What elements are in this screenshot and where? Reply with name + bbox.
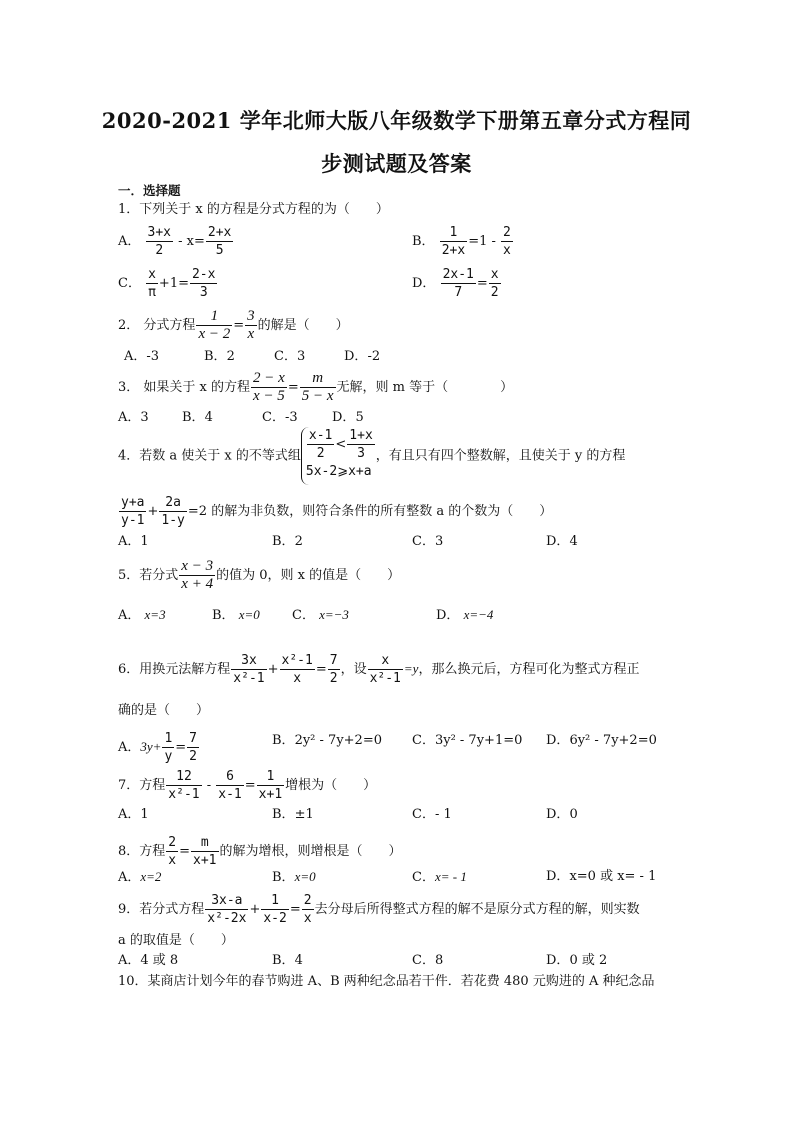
fraction: 2x [501, 224, 513, 259]
question-number: 1． [118, 202, 139, 217]
question-number: 8． [118, 844, 139, 859]
q7-option-d[interactable]: D．0 [546, 807, 578, 823]
fraction: 6x-1 [216, 768, 243, 803]
question-text: 下列关于 x 的方程是分式方程的为（ ） [139, 202, 389, 217]
question-text: 如果关于 x 的方程 [143, 380, 250, 395]
q9-option-c[interactable]: C．8 [412, 953, 443, 969]
question-6-line2: 确的是（ ） [118, 703, 209, 719]
option-label: A． [118, 234, 140, 249]
question-number: 10． [118, 974, 148, 989]
question-9: 9．若分式方程3x-ax²-2x+1x-2=2x去分母后所得整式方程的解不是原分… [118, 892, 640, 927]
question-text: 的解为非负数，则符合条件的所有整数 a 的个数为（ ） [211, 504, 552, 519]
question-4-line2: y+ay-1+2a1-y=2 的解为非负数，则符合条件的所有整数 a 的个数为（… [118, 494, 552, 529]
q6-option-a[interactable]: A．3y+1y=72 [118, 730, 200, 765]
question-number: 3． [118, 380, 139, 395]
q6-option-c[interactable]: C．3y² - 7y+1=0 [412, 733, 522, 749]
fraction: y+ay-1 [119, 494, 146, 529]
q8-option-a[interactable]: A．x=2 [118, 869, 161, 886]
q3-option-a[interactable]: A．3 [118, 410, 149, 426]
q8-option-b[interactable]: B．x=0 [272, 869, 316, 886]
q2-option-c[interactable]: C．3 [274, 349, 305, 365]
q4-option-a[interactable]: A．1 [118, 534, 149, 550]
question-number: 9． [118, 902, 139, 917]
fraction: 12+x [440, 224, 467, 259]
fraction: 1x − 2 [196, 308, 232, 343]
question-number: 7． [118, 778, 139, 793]
question-8: 8．方程2x=mx+1的解为增根，则增根是（ ） [118, 834, 402, 869]
q2-option-a[interactable]: A．-3 [124, 349, 159, 365]
question-5: 5．若分式x − 3x + 4的值为 0，则 x 的值是（ ） [118, 558, 400, 593]
q3-option-d[interactable]: D．5 [332, 410, 364, 426]
fraction: 2x [302, 892, 314, 927]
fraction: 3+x2 [146, 224, 173, 259]
fraction: x²-1x [280, 652, 315, 687]
question-text: 若数 a 使关于 x 的不等式组 [139, 449, 301, 464]
fraction: 1+x3 [347, 427, 374, 462]
question-number: 2． [118, 318, 139, 333]
question-text: 无解，则 m 等于（ ） [337, 380, 514, 395]
q5-option-a[interactable]: A． x=3 [118, 607, 166, 624]
operator: = [477, 276, 488, 291]
fraction: 2x-17 [441, 266, 476, 301]
fraction: 3x-ax²-2x [205, 892, 248, 927]
question-4: 4．若数 a 使关于 x 的不等式组 x-12<1+x3 5x-2⩾x+a ，有… [118, 427, 625, 485]
q6-option-d[interactable]: D．6y² - 7y+2=0 [546, 733, 657, 749]
question-text: ，有且只有四个整数解，且使关于 y 的方程 [376, 449, 626, 464]
fraction: xπ [146, 266, 158, 301]
question-9-line2: a 的取值是（ ） [118, 933, 234, 949]
option-label: C． [118, 276, 141, 291]
question-1: 1．下列关于 x 的方程是分式方程的为（ ） [118, 202, 389, 218]
q7-option-c[interactable]: C．- 1 [412, 807, 452, 823]
option-label: D． [412, 276, 435, 291]
q1-option-b[interactable]: B． 12+x=1 - 2x [412, 224, 514, 259]
q2-option-b[interactable]: B．2 [204, 349, 235, 365]
q6-option-b[interactable]: B．2y² - 7y+2=0 [272, 733, 382, 749]
question-7: 7．方程12x²-1 - 6x-1=1x+1增根为（ ） [118, 768, 376, 803]
fraction: x − 3x + 4 [179, 558, 215, 593]
fraction: 2x [166, 834, 178, 869]
operator: =1 - [468, 234, 500, 249]
question-text: 若分式 [139, 568, 178, 583]
q7-option-a[interactable]: A．1 [118, 807, 149, 823]
q9-option-b[interactable]: B．4 [272, 953, 303, 969]
q9-option-d[interactable]: D．0 或 2 [546, 953, 607, 969]
q5-option-d[interactable]: D． x=−4 [436, 607, 493, 624]
q3-option-b[interactable]: B．4 [182, 410, 213, 426]
q8-option-d[interactable]: D．x=0 或 x= - 1 [546, 869, 656, 885]
operator: - x= [174, 234, 205, 249]
q1-option-a[interactable]: A． 3+x2 - x=2+x5 [118, 224, 234, 259]
operator: +1= [159, 276, 189, 291]
question-text: 增根为（ ） [285, 778, 376, 793]
q4-option-c[interactable]: C．3 [412, 534, 443, 550]
fraction: x-12 [307, 427, 334, 462]
fraction: 1y [162, 730, 174, 765]
question-6: 6．用换元法解方程3xx²-1+x²-1x=72，设xx²-1=y，那么换元后，… [118, 652, 639, 687]
fraction: mx+1 [191, 834, 218, 869]
document-title-line2: 步测试题及答案 [0, 148, 793, 178]
q8-option-c[interactable]: C．x= - 1 [412, 869, 467, 886]
q1-option-c[interactable]: C． xπ+1=2-x3 [118, 266, 218, 301]
question-text: 的值为 0，则 x 的值是（ ） [216, 568, 400, 583]
question-10: 10．某商店计划今年的春节购进 A、B 两种纪念品若干件．若花费 480 元购进… [118, 974, 654, 990]
option-label: B． [412, 234, 435, 249]
q4-option-b[interactable]: B．2 [272, 534, 303, 550]
fraction: xx²-1 [368, 652, 403, 687]
q5-option-c[interactable]: C． x=−3 [292, 607, 349, 624]
question-text: 的解为增根，则增根是（ ） [220, 844, 402, 859]
q2-option-d[interactable]: D．-2 [344, 349, 380, 365]
fraction: 72 [328, 652, 340, 687]
fraction: 2-x3 [190, 266, 217, 301]
fraction: 2+x5 [206, 224, 233, 259]
question-text: 方程 [139, 844, 165, 859]
q3-option-c[interactable]: C．-3 [262, 410, 298, 426]
question-text: ，那么换元后，方程可化为整式方程正 [418, 662, 639, 677]
question-number: 5． [118, 568, 139, 583]
q4-option-d[interactable]: D．4 [546, 534, 578, 550]
question-text: 某商店计划今年的春节购进 A、B 两种纪念品若干件．若花费 480 元购进的 A… [148, 974, 655, 989]
question-text: 的解是（ ） [258, 318, 349, 333]
fraction: 2 − xx − 5 [251, 370, 287, 405]
document-title-line1: 2020-2021 学年北师大版八年级数学下册第五章分式方程同 [0, 105, 793, 135]
q5-option-b[interactable]: B． x=0 [212, 607, 260, 624]
fraction: 3x [245, 308, 257, 343]
section-heading: 一．选择题 [118, 183, 181, 199]
question-number: 6． [118, 662, 139, 677]
question-text: 若分式方程 [139, 902, 204, 917]
fraction: 1x-2 [261, 892, 288, 927]
fraction: 72 [187, 730, 199, 765]
question-text: 分式方程 [143, 318, 195, 333]
fraction: m5 − x [300, 370, 336, 405]
question-number: 4． [118, 449, 139, 464]
question-text: 用换元法解方程 [139, 662, 230, 677]
question-2: 2． 分式方程1x − 2=3x的解是（ ） [118, 308, 349, 343]
question-text: 去分母后所得整式方程的解不是原分式方程的解，则实数 [315, 902, 640, 917]
fraction: 12x²-1 [166, 768, 201, 803]
q9-option-a[interactable]: A．4 或 8 [118, 953, 178, 969]
question-3: 3． 如果关于 x 的方程2 − xx − 5=m5 − x无解，则 m 等于（… [118, 370, 513, 405]
fraction: 1x+1 [257, 768, 284, 803]
q1-option-d[interactable]: D． 2x-17=x2 [412, 266, 502, 301]
q7-option-b[interactable]: B．±1 [272, 807, 314, 823]
fraction: 2a1-y [159, 494, 186, 529]
fraction: 3xx²-1 [231, 652, 266, 687]
inequality-system: x-12<1+x3 5x-2⩾x+a [301, 427, 376, 485]
question-text: 方程 [139, 778, 165, 793]
fraction: x2 [489, 266, 501, 301]
